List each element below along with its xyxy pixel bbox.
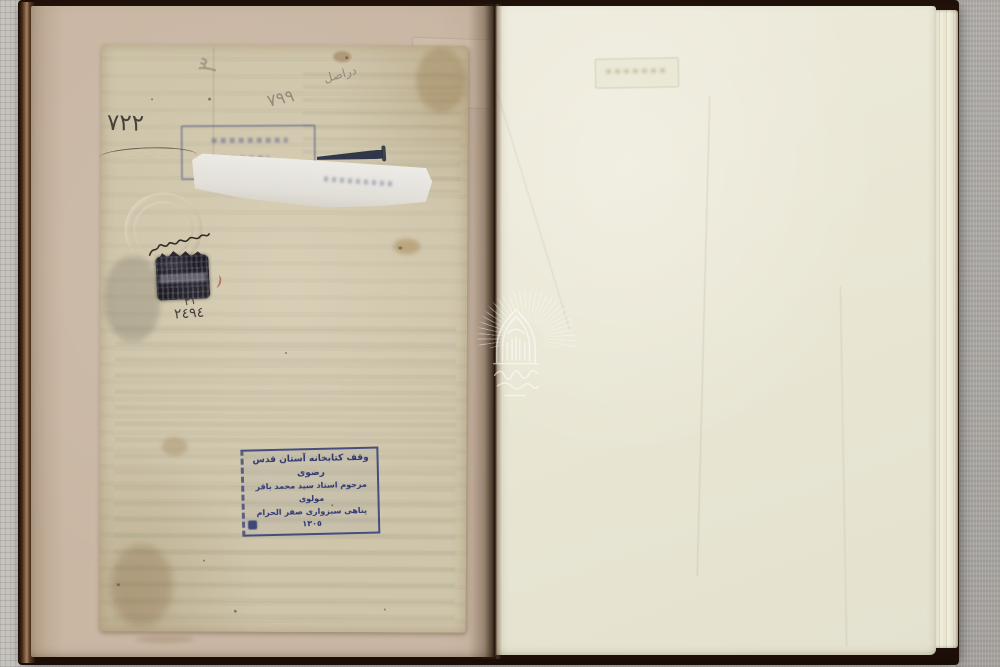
- waqf-library-stamp: وقف كتابخانه آستان قدس رضوى مرحوم استاد …: [240, 447, 380, 538]
- page-crease: [697, 96, 711, 576]
- page-edges-stack: [936, 10, 958, 648]
- stamp-offset-impression: [595, 57, 680, 88]
- handwritten-shelf-number: ٧٢٢: [107, 110, 145, 137]
- stain-mid-right: [393, 238, 420, 254]
- ink-speck: [398, 247, 402, 250]
- fabric-right-strip: [955, 0, 1000, 667]
- ink-speck: [208, 98, 211, 101]
- faded-stamp-text-row: [212, 138, 288, 143]
- watermark-dome-logo: [487, 303, 545, 403]
- slip-text-smudge: [323, 177, 395, 187]
- ink-speck: [384, 608, 386, 610]
- gray-smudge: [105, 256, 160, 341]
- waqf-stamp-bold-mark: [248, 521, 257, 530]
- left-endpaper: ٣ ٧٩٩ دراصل ٧٢٢: [31, 6, 496, 657]
- photograph-open-manuscript: ٣ ٧٩٩ دراصل ٧٢٢: [0, 0, 1000, 667]
- ink-speck: [234, 610, 237, 613]
- ink-speck: [345, 56, 348, 59]
- ink-speck: [117, 583, 120, 586]
- waqf-stamp-line1: وقف كتابخانه آستان قدس رضوى: [249, 452, 372, 482]
- stain-bottom-left: [111, 544, 173, 626]
- ink-speck: [203, 560, 205, 562]
- old-folio-inlay: ٣ ٧٩٩ دراصل ٧٢٢: [99, 44, 469, 633]
- black-square-seal: [155, 254, 210, 300]
- ink-speck: [151, 98, 153, 100]
- waqf-stamp-line3: پناهى سبزوارى صفر الحرام ١٣٠٥: [251, 504, 374, 532]
- waqf-stamp-line2: مرحوم استاد سيد محمد باقر مولوى: [250, 479, 373, 507]
- stain-top-right: [416, 48, 466, 113]
- ink-speck: [285, 352, 287, 354]
- handwritten-number-2494: ٢٤٩٤: [174, 305, 205, 323]
- stain-mid-left: [161, 437, 187, 455]
- smudge: [136, 636, 194, 643]
- stain-small-top: [333, 51, 351, 62]
- page-crease: [840, 286, 847, 646]
